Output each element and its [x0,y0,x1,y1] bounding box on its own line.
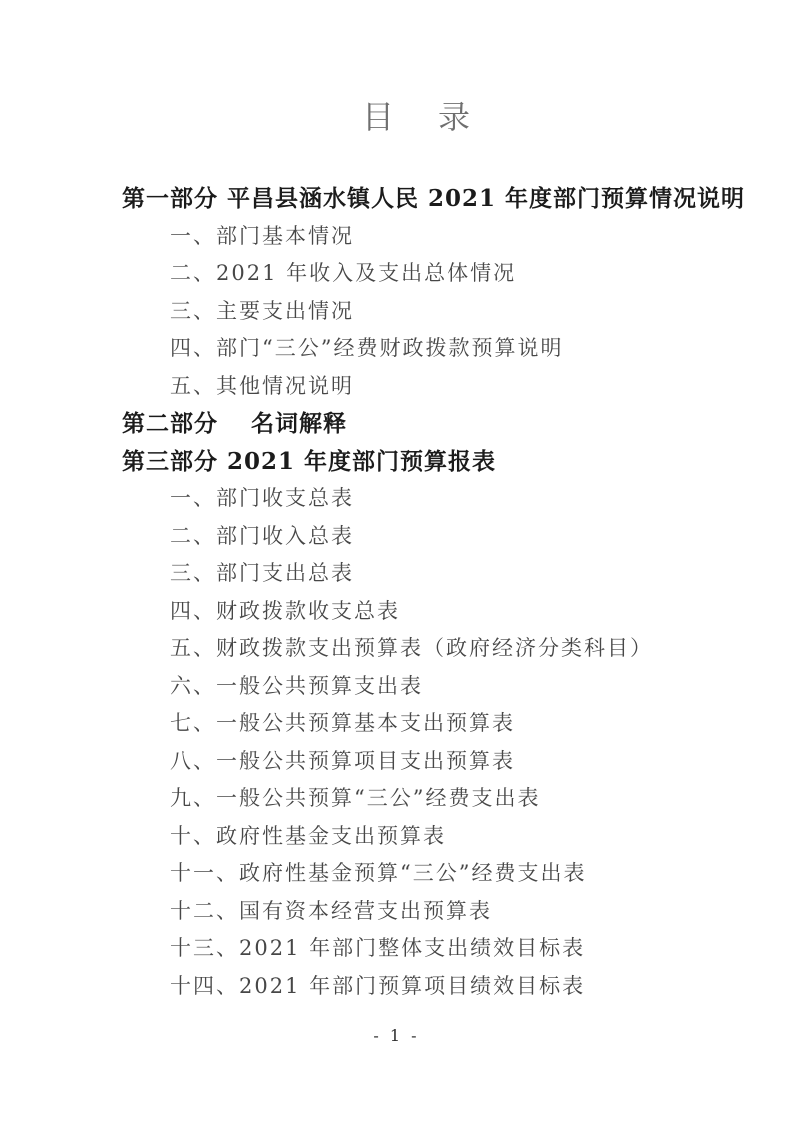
toc-item: 六、一般公共预算支出表 [170,668,793,706]
toc-item: 十二、国有资本经营支出预算表 [170,893,793,931]
toc-heading-part-2: 第二部分 名词解释 [122,405,793,443]
document-title: 目 录 [0,94,793,140]
toc-item: 五、其他情况说明 [170,368,793,406]
toc-item: 九、一般公共预算“三公”经费支出表 [170,780,793,818]
toc-item: 三、主要支出情况 [170,293,793,331]
toc-item: 一、部门基本情况 [170,218,793,256]
toc-item: 二、部门收入总表 [170,518,793,556]
page-number: - 1 - [0,1022,793,1050]
toc-item: 五、财政拨款支出预算表（政府经济分类科目） [170,630,793,668]
toc-item: 一、部门收支总表 [170,480,793,518]
toc-item: 十、政府性基金支出预算表 [170,818,793,856]
document-page: 目 录 第一部分 平昌县涵水镇人民 2021 年度部门预算情况说明 一、部门基本… [0,0,793,1122]
toc-item: 四、部门“三公”经费财政拨款预算说明 [170,330,793,368]
toc-item: 七、一般公共预算基本支出预算表 [170,705,793,743]
toc-heading-part-1: 第一部分 平昌县涵水镇人民 2021 年度部门预算情况说明 [122,180,793,218]
toc-item: 四、财政拨款收支总表 [170,593,793,631]
toc-item: 二、2021 年收入及支出总体情况 [170,255,793,293]
toc-item: 十三、2021 年部门整体支出绩效目标表 [170,930,793,968]
toc-item: 三、部门支出总表 [170,555,793,593]
toc-item: 十一、政府性基金预算“三公”经费支出表 [170,855,793,893]
toc-item: 十四、2021 年部门预算项目绩效目标表 [170,968,793,1006]
toc-list: 第一部分 平昌县涵水镇人民 2021 年度部门预算情况说明 一、部门基本情况 二… [0,180,793,1005]
toc-item: 八、一般公共预算项目支出预算表 [170,743,793,781]
toc-heading-part-3: 第三部分 2021 年度部门预算报表 [122,443,793,481]
